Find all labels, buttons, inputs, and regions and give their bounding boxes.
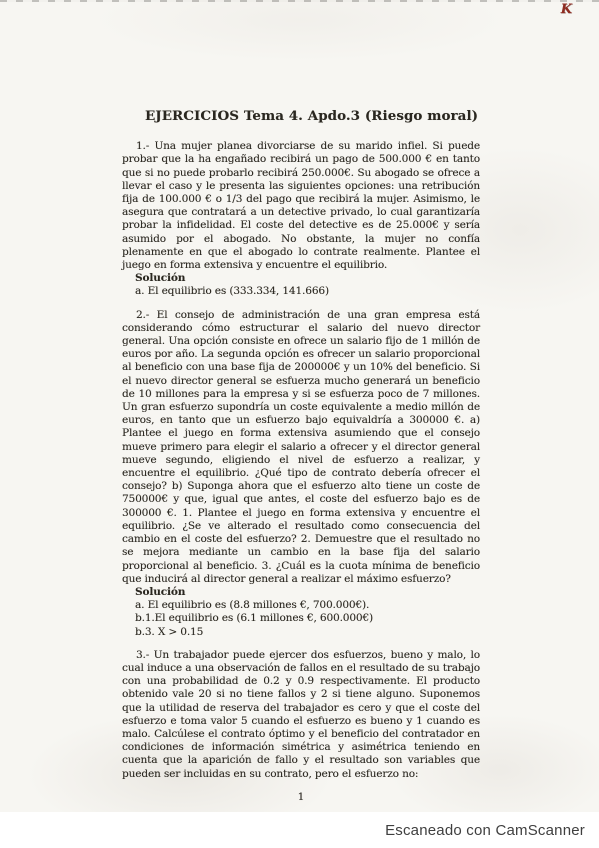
exercise-1-solution-a: a. El equilibrio es (333.334, 141.666) bbox=[135, 285, 480, 298]
exercise-3: 3.- Un trabajador puede ejercer dos esfu… bbox=[122, 649, 480, 781]
handwritten-grade-mark: K bbox=[561, 2, 572, 17]
scanned-page: K EJERCICIOS Tema 4. Apdo.3 (Riesgo mora… bbox=[0, 0, 599, 812]
page-number: 1 bbox=[122, 791, 480, 804]
page-title: EJERCICIOS Tema 4. Apdo.3 (Riesgo moral) bbox=[145, 110, 480, 123]
exercise-2-solution-heading: Solución bbox=[135, 586, 480, 599]
exercise-2-body: 2.- El consejo de administración de una … bbox=[122, 309, 480, 586]
exercise-2-solution-b1: b.1.El equilibrio es (6.1 millones €, 60… bbox=[135, 612, 480, 625]
exercise-1-body: 1.- Una mujer planea divorciarse de su m… bbox=[122, 140, 480, 272]
exercise-2: 2.- El consejo de administración de una … bbox=[122, 309, 480, 639]
exercise-1: 1.- Una mujer planea divorciarse de su m… bbox=[122, 140, 480, 298]
exercise-2-solution-a: a. El equilibrio es (8.8 millones €, 700… bbox=[135, 599, 480, 612]
scan-edge-artifact bbox=[0, 0, 599, 2]
exercise-3-body: 3.- Un trabajador puede ejercer dos esfu… bbox=[122, 649, 480, 781]
exercise-2-solution-b3: b.3. X > 0.15 bbox=[135, 626, 480, 639]
document-body: EJERCICIOS Tema 4. Apdo.3 (Riesgo moral)… bbox=[122, 110, 480, 804]
exercise-1-solution-heading: Solución bbox=[135, 272, 480, 285]
camscanner-footer: Escaneado con CamScanner bbox=[0, 812, 599, 848]
camscanner-watermark: Escaneado con CamScanner bbox=[385, 822, 585, 839]
